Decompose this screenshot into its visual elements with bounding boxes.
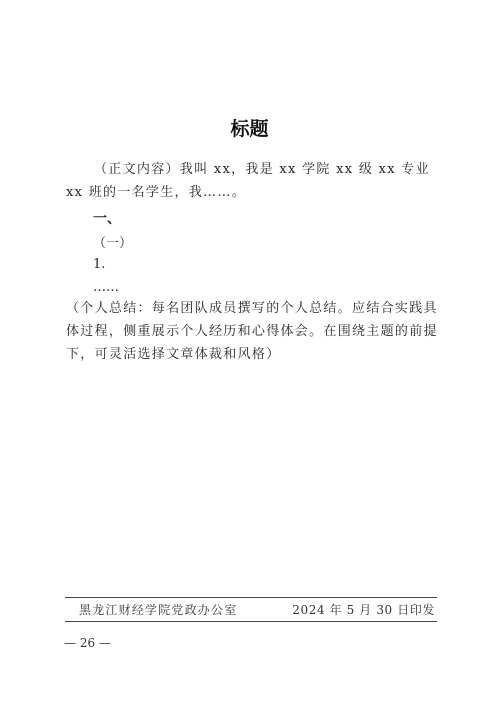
footer-issue-date: 2024 年 5 月 30 日印发: [292, 601, 435, 618]
heading-level-1: 一、: [93, 208, 121, 228]
document-page: 标题 （正文内容）我叫 xx，我是 xx 学院 xx 级 xx 专业 xx 班的…: [0, 0, 499, 707]
document-title: 标题: [0, 114, 499, 141]
footer-bottom-rule: [65, 621, 437, 622]
page-number: — 26 —: [64, 636, 111, 650]
intro-paragraph: （正文内容）我叫 xx，我是 xx 学院 xx 级 xx 专业 xx 班的一名学…: [66, 158, 438, 204]
footer-top-rule: [65, 597, 437, 598]
content-ellipsis: ……: [93, 280, 119, 295]
footer-issuer: 黑龙江财经学院党政办公室: [79, 601, 237, 618]
heading-level-2: （一）: [93, 232, 132, 251]
heading-level-3: 1.: [93, 257, 105, 272]
note-paragraph: （个人总结：每名团队成员撰写的个人总结。应结合实践具体过程，侧重展示个人经历和心…: [66, 297, 438, 366]
